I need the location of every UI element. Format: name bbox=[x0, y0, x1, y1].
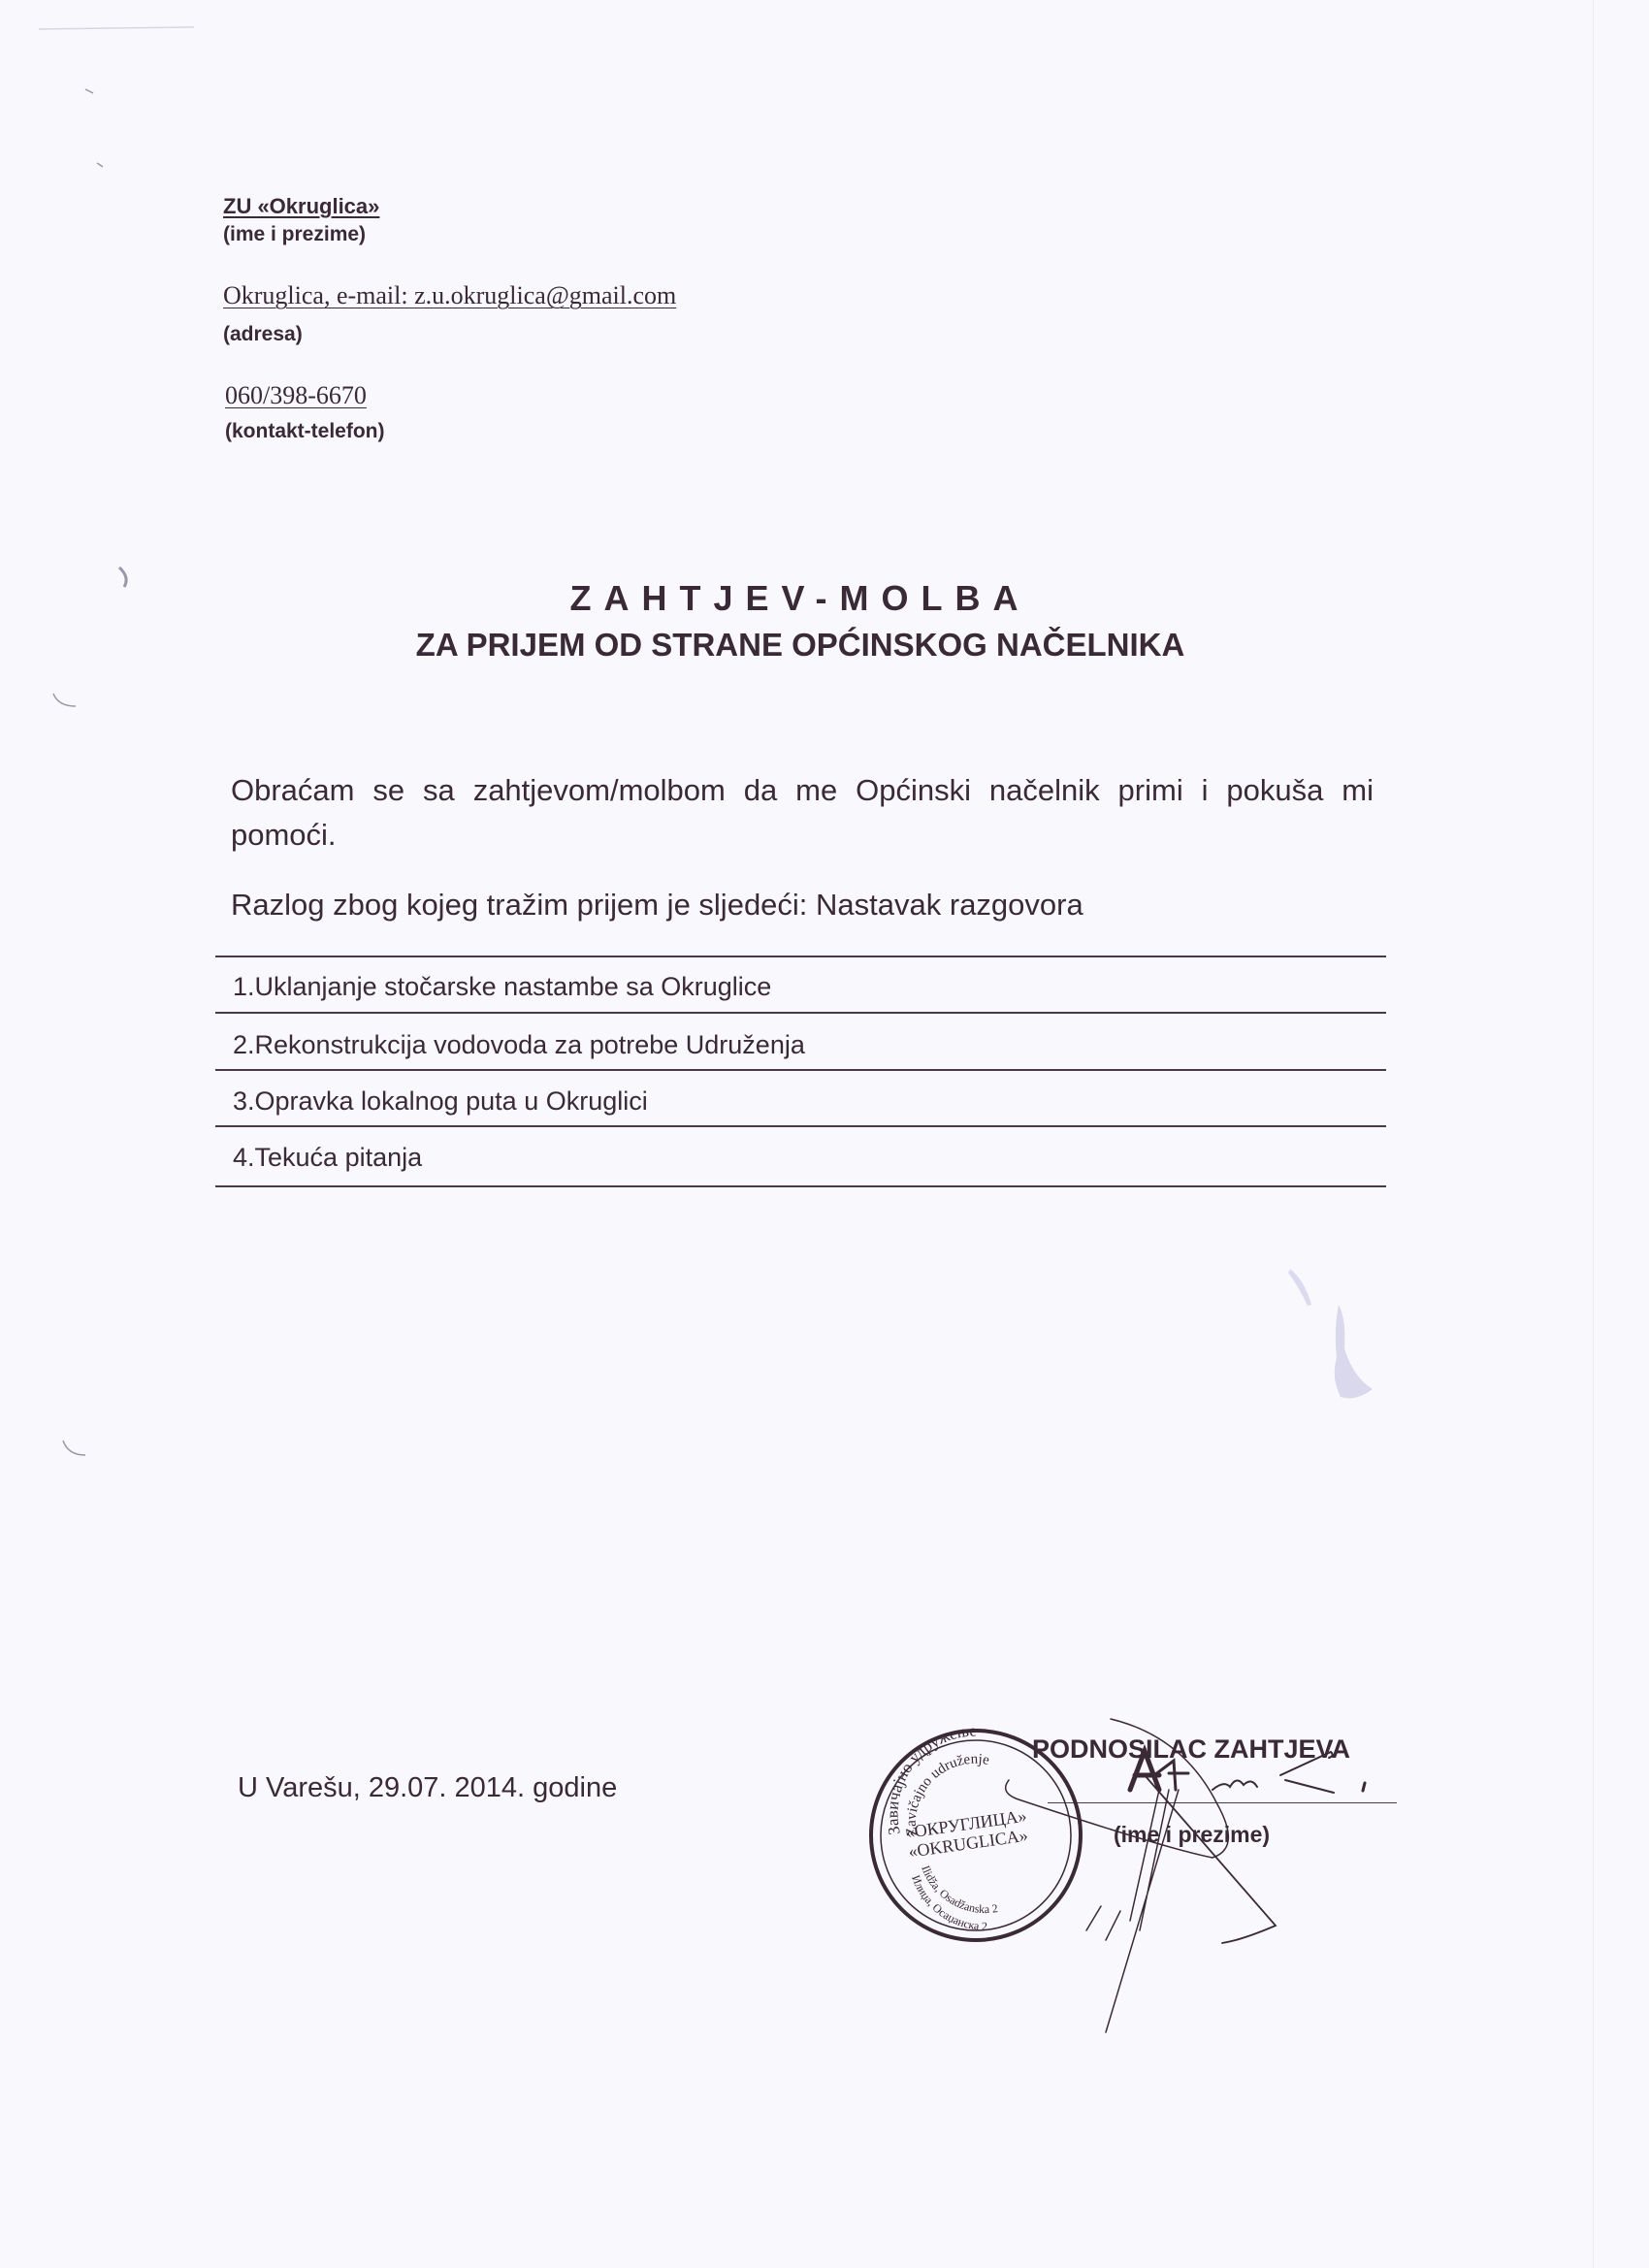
handwritten-signature bbox=[1006, 1719, 1365, 2032]
svg-text:Илиџа, Осаџанска 2: Илиџа, Осаџанска 2 bbox=[909, 1873, 987, 1933]
smudge-mark bbox=[1335, 1305, 1373, 1398]
sender-address: Okruglica, e-mail: z.u.okruglica@gmail.c… bbox=[223, 281, 676, 310]
rule-line bbox=[215, 1069, 1386, 1071]
rule-line bbox=[215, 1185, 1386, 1187]
rule-line bbox=[215, 956, 1386, 957]
svg-text:Ilidža, Osadžanska 2: Ilidža, Osadžanska 2 bbox=[919, 1863, 998, 1916]
stamp-line-cyrillic: Завичајно удружење bbox=[883, 1721, 977, 1836]
sender-phone: 060/398-6670 bbox=[225, 381, 367, 410]
list-item: 4.Tekuća pitanja bbox=[233, 1143, 422, 1173]
rule-line bbox=[215, 1125, 1386, 1127]
request-reason: Razlog zbog kojeg tražim prijem je sljed… bbox=[231, 888, 1083, 923]
request-paragraph: Obraćam se sa zahtjevom/molbom da me Opć… bbox=[231, 768, 1374, 858]
document-subtitle: ZA PRIJEM OD STRANE OPĆINSKOG NAČELNIKA bbox=[0, 627, 1600, 664]
scan-marks bbox=[39, 27, 194, 1455]
sender-name: ZU «Okruglica» bbox=[223, 194, 379, 219]
list-item: 3.Opravka lokalnog puta u Okruglici bbox=[233, 1086, 648, 1117]
sender-address-caption: (adresa) bbox=[223, 323, 303, 346]
page-edge bbox=[1593, 0, 1594, 2268]
rule-line bbox=[215, 1012, 1386, 1014]
stamp-name-latin: «OKRUGLICA» bbox=[907, 1826, 1029, 1862]
stamp-name-cyrillic: «ОКРУГЛИЦА» bbox=[904, 1806, 1027, 1842]
stamp-line-latin: Zavičajno udruženje bbox=[904, 1752, 991, 1837]
sender-name-caption: (ime i prezime) bbox=[223, 223, 366, 246]
list-item: 2.Rekonstrukcija vodovoda za potrebe Udr… bbox=[233, 1030, 805, 1060]
document-title: ZAHTJEV-MOLBA bbox=[0, 578, 1600, 619]
applicant-label: PODNOSILAC ZAHTJEVA bbox=[1032, 1734, 1350, 1765]
signature-caption: (ime i prezime) bbox=[1114, 1822, 1270, 1848]
svg-text:Завичајно удружење: Завичајно удружење bbox=[883, 1721, 977, 1836]
stamp-address-1: Ilidža, Osadžanska 2 bbox=[919, 1863, 998, 1916]
signature-line bbox=[1048, 1802, 1397, 1803]
sender-phone-caption: (kontakt-telefon) bbox=[225, 420, 385, 443]
list-item: 1.Uklanjanje stočarske nastambe sa Okrug… bbox=[233, 972, 771, 1002]
svg-text:Zavičajno udruženje: Zavičajno udruženje bbox=[904, 1752, 991, 1837]
date-line: U Varešu, 29.07. 2014. godine bbox=[238, 1772, 617, 1804]
stamp-address-2: Илиџа, Осаџанска 2 bbox=[909, 1873, 987, 1933]
